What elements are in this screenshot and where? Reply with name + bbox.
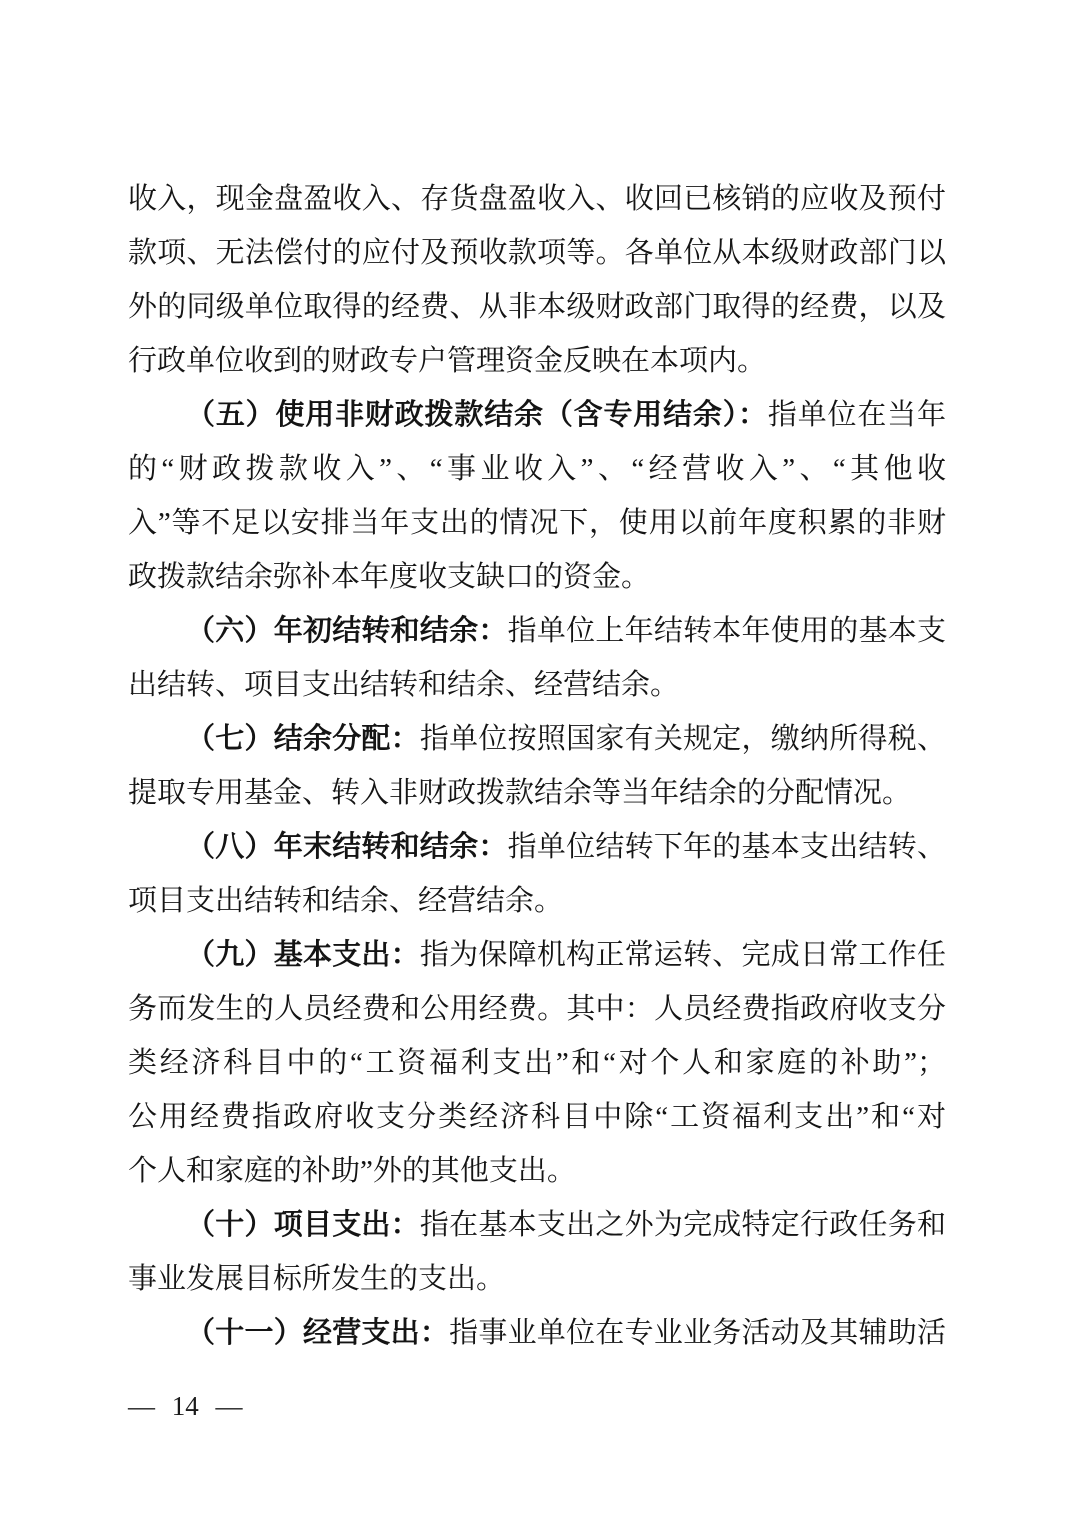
text-line: （五）使用非财政拨款结余（含专用结余）：指单位在当年 [128,388,946,442]
text-segment: 指事业单位在专业业务活动及其辅助活 [449,1317,946,1349]
text-line: （八）年末结转和结余：指单位结转下年的基本支出结转、 [128,820,946,874]
text-segment: 的“财政拨款收入”、“事业收入”、“经营收入”、“其他收 [128,453,946,485]
text-line: 入”等不足以安排当年支出的情况下，使用以前年度积累的非财 [128,496,946,550]
text-segment: 指为保障机构正常运转、完成日常工作任 [420,939,946,971]
text-line: （九）基本支出：指为保障机构正常运转、完成日常工作任 [128,928,946,982]
text-line: （十）项目支出：指在基本支出之外为完成特定行政任务和 [128,1198,946,1252]
section-heading: （十）项目支出： [186,1209,420,1241]
text-segment: 政拨款结余弥补本年度收支缺口的资金。 [128,561,650,593]
text-segment: 指单位上年结转本年使用的基本支 [508,615,946,647]
text-segment: 出结转、项目支出结转和结余、经营结余。 [128,669,679,701]
text-segment: 指单位按照国家有关规定，缴纳所得税、 [420,723,946,755]
text-line: 款项、无法偿付的应付及预收款项等。各单位从本级财政部门以 [128,226,946,280]
page-number: — 14 — [128,1388,243,1424]
text-segment: 事业发展目标所发生的支出。 [128,1263,505,1295]
section-heading: （六）年初结转和结余： [186,615,508,647]
text-line: （七）结余分配：指单位按照国家有关规定，缴纳所得税、 [128,712,946,766]
section-heading: （九）基本支出： [186,939,420,971]
text-segment: 收入，现金盘盈收入、存货盘盈收入、收回已核销的应收及预付 [128,183,946,215]
text-line: 收入，现金盘盈收入、存货盘盈收入、收回已核销的应收及预付 [128,172,946,226]
text-segment: 指单位结转下年的基本支出结转、 [508,831,946,863]
document-page: 收入，现金盘盈收入、存货盘盈收入、收回已核销的应收及预付款项、无法偿付的应付及预… [0,0,1075,1520]
text-segment: 指在基本支出之外为完成特定行政任务和 [420,1209,946,1241]
text-line: （六）年初结转和结余：指单位上年结转本年使用的基本支 [128,604,946,658]
text-segment: 提取专用基金、转入非财政拨款结余等当年结余的分配情况。 [128,777,911,809]
text-line: 政拨款结余弥补本年度收支缺口的资金。 [128,550,946,604]
text-segment: 公用经费指政府收支分类经济科目中除“工资福利支出”和“对 [128,1101,946,1133]
section-heading: （五）使用非财政拨款结余（含专用结余）： [186,399,768,431]
text-segment: 款项、无法偿付的应付及预收款项等。各单位从本级财政部门以 [128,237,946,269]
text-line: 提取专用基金、转入非财政拨款结余等当年结余的分配情况。 [128,766,946,820]
text-segment: 个人和家庭的补助”外的其他支出。 [128,1155,576,1187]
text-line: 类经济科目中的“工资福利支出”和“对个人和家庭的补助”； [128,1036,946,1090]
text-line: 个人和家庭的补助”外的其他支出。 [128,1144,946,1198]
text-line: 事业发展目标所发生的支出。 [128,1252,946,1306]
text-segment: 项目支出结转和结余、经营结余。 [128,885,563,917]
text-line: 项目支出结转和结余、经营结余。 [128,874,946,928]
text-line: 外的同级单位取得的经费、从非本级财政部门取得的经费，以及 [128,280,946,334]
section-heading: （十一）经营支出： [186,1317,449,1349]
section-heading: （八）年末结转和结余： [186,831,508,863]
text-line: （十一）经营支出：指事业单位在专业业务活动及其辅助活 [128,1306,946,1360]
text-segment: 指单位在当年 [768,399,946,431]
text-line: 的“财政拨款收入”、“事业收入”、“经营收入”、“其他收 [128,442,946,496]
section-heading: （七）结余分配： [186,723,420,755]
text-segment: 入”等不足以安排当年支出的情况下，使用以前年度积累的非财 [128,507,946,539]
text-line: 公用经费指政府收支分类经济科目中除“工资福利支出”和“对 [128,1090,946,1144]
document-body: 收入，现金盘盈收入、存货盘盈收入、收回已核销的应收及预付款项、无法偿付的应付及预… [128,172,946,1360]
text-segment: 务而发生的人员经费和公用经费。其中：人员经费指政府收支分 [128,993,946,1025]
text-segment: 行政单位收到的财政专户管理资金反映在本项内。 [128,345,766,377]
text-line: 出结转、项目支出结转和结余、经营结余。 [128,658,946,712]
text-line: 务而发生的人员经费和公用经费。其中：人员经费指政府收支分 [128,982,946,1036]
text-segment: 外的同级单位取得的经费、从非本级财政部门取得的经费，以及 [128,291,946,323]
text-line: 行政单位收到的财政专户管理资金反映在本项内。 [128,334,946,388]
text-segment: 类经济科目中的“工资福利支出”和“对个人和家庭的补助”； [128,1047,946,1079]
